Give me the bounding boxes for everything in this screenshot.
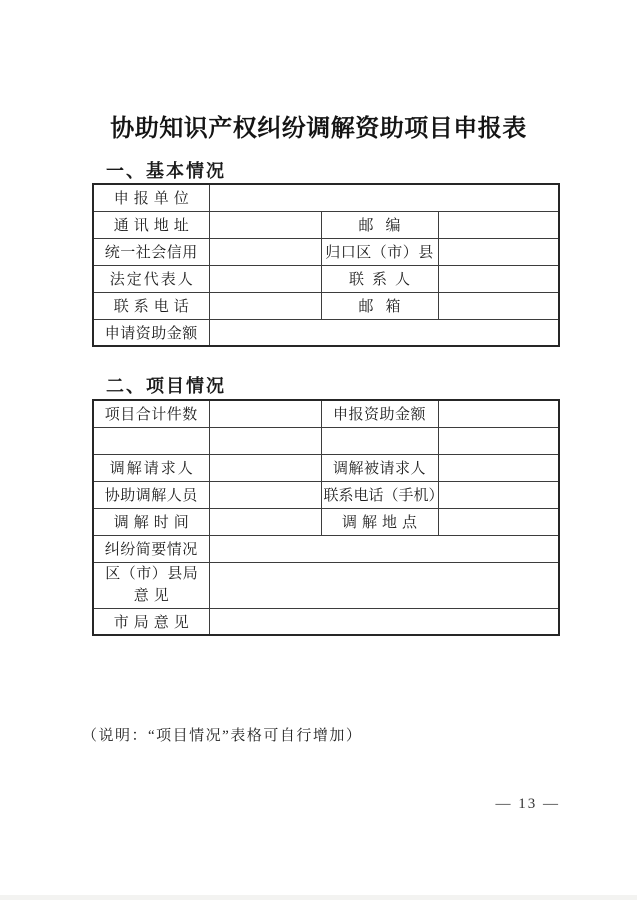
table-row: 申请资助金额	[93, 319, 559, 346]
table-row: 申报单位	[93, 184, 559, 211]
table-row: 调解请求人 调解被请求人	[93, 454, 559, 481]
page-number: — 13 —	[496, 796, 561, 813]
field-value-mediation-place	[438, 508, 559, 535]
field-value-contact-person	[438, 265, 559, 292]
field-value-postal-code	[438, 211, 559, 238]
field-value-legal-representative	[209, 265, 321, 292]
table-row: 项目合计件数 申报资助金额	[93, 400, 559, 427]
field-value-mediation-time	[209, 508, 321, 535]
field-label-declared-funding-amount: 申报资助金额	[321, 400, 438, 427]
scanned-form-page: 协助知识产权纠纷调解资助项目申报表 一、基本情况 申报单位 通讯地址 邮编 统一…	[0, 0, 637, 900]
table-row: 市局意见	[93, 608, 559, 635]
field-value-declared-funding-amount	[438, 400, 559, 427]
field-value-blank-1	[209, 427, 321, 454]
field-label-email: 邮箱	[321, 292, 438, 319]
field-value-mediation-requester	[209, 454, 321, 481]
table-row: 通讯地址 邮编	[93, 211, 559, 238]
field-label-contact-mobile: 联系电话（手机）	[321, 481, 438, 508]
field-label-district-city-county: 归口区（市）县	[321, 238, 438, 265]
field-label-project-total-count: 项目合计件数	[93, 400, 209, 427]
field-label-contact-person: 联系人	[321, 265, 438, 292]
field-value-mailing-address	[209, 211, 321, 238]
field-value-unified-social-credit	[209, 238, 321, 265]
field-label-mailing-address: 通讯地址	[93, 211, 209, 238]
table-row: 联系电话 邮箱	[93, 292, 559, 319]
field-label-line-1: 区（市）县局	[96, 563, 207, 586]
field-label-mediation-respondent: 调解被请求人	[321, 454, 438, 481]
field-label-legal-representative: 法定代表人	[93, 265, 209, 292]
field-label-dispute-brief: 纠纷简要情况	[93, 535, 209, 562]
field-value-assisting-mediation-staff	[209, 481, 321, 508]
field-value-blank-2	[438, 427, 559, 454]
table-row: 调解时间 调解地点	[93, 508, 559, 535]
field-value-contact-mobile	[438, 481, 559, 508]
field-label-line-2: 意见	[96, 585, 207, 608]
field-value-city-bureau-opinion	[209, 608, 559, 635]
section-basic-heading: 一、基本情况	[106, 157, 226, 183]
table-row	[93, 427, 559, 454]
scan-edge-artifact	[0, 895, 637, 900]
field-label-blank	[93, 427, 209, 454]
table-row: 统一社会信用 归口区（市）县	[93, 238, 559, 265]
field-value-contact-phone	[209, 292, 321, 319]
section-project-heading: 二、项目情况	[106, 372, 226, 398]
project-info-table: 项目合计件数 申报资助金额 调解请求人 调解被请求人 协助调解人员 联系电	[92, 399, 560, 636]
footer-note: （说明：“项目情况”表格可自行增加）	[82, 724, 362, 745]
field-label-applicant-unit: 申报单位	[93, 184, 209, 211]
field-label-district-county-bureau-opinion: 区（市）县局 意见	[93, 562, 209, 608]
field-label-city-bureau-opinion: 市局意见	[93, 608, 209, 635]
field-value-district-county-bureau-opinion	[209, 562, 559, 608]
field-label-mediation-requester: 调解请求人	[93, 454, 209, 481]
page-title: 协助知识产权纠纷调解资助项目申报表	[0, 108, 637, 143]
basic-info-table: 申报单位 通讯地址 邮编 统一社会信用 归口区（市）县 法定代表人 联系人	[92, 183, 560, 347]
field-label-assisting-mediation-staff: 协助调解人员	[93, 481, 209, 508]
table-row: 法定代表人 联系人	[93, 265, 559, 292]
field-value-requested-funding-amount	[209, 319, 559, 346]
field-value-mediation-respondent	[438, 454, 559, 481]
field-value-dispute-brief	[209, 535, 559, 562]
field-label-postal-code: 邮编	[321, 211, 438, 238]
table-row: 协助调解人员 联系电话（手机）	[93, 481, 559, 508]
table-row: 区（市）县局 意见	[93, 562, 559, 608]
field-label-mediation-place: 调解地点	[321, 508, 438, 535]
field-value-applicant-unit	[209, 184, 559, 211]
table-row: 纠纷简要情况	[93, 535, 559, 562]
field-label-contact-phone: 联系电话	[93, 292, 209, 319]
field-label-mediation-time: 调解时间	[93, 508, 209, 535]
field-value-district-city-county	[438, 238, 559, 265]
field-label-blank-2	[321, 427, 438, 454]
field-value-project-total-count	[209, 400, 321, 427]
field-label-requested-funding-amount: 申请资助金额	[93, 319, 209, 346]
field-value-email	[438, 292, 559, 319]
field-label-unified-social-credit: 统一社会信用	[93, 238, 209, 265]
